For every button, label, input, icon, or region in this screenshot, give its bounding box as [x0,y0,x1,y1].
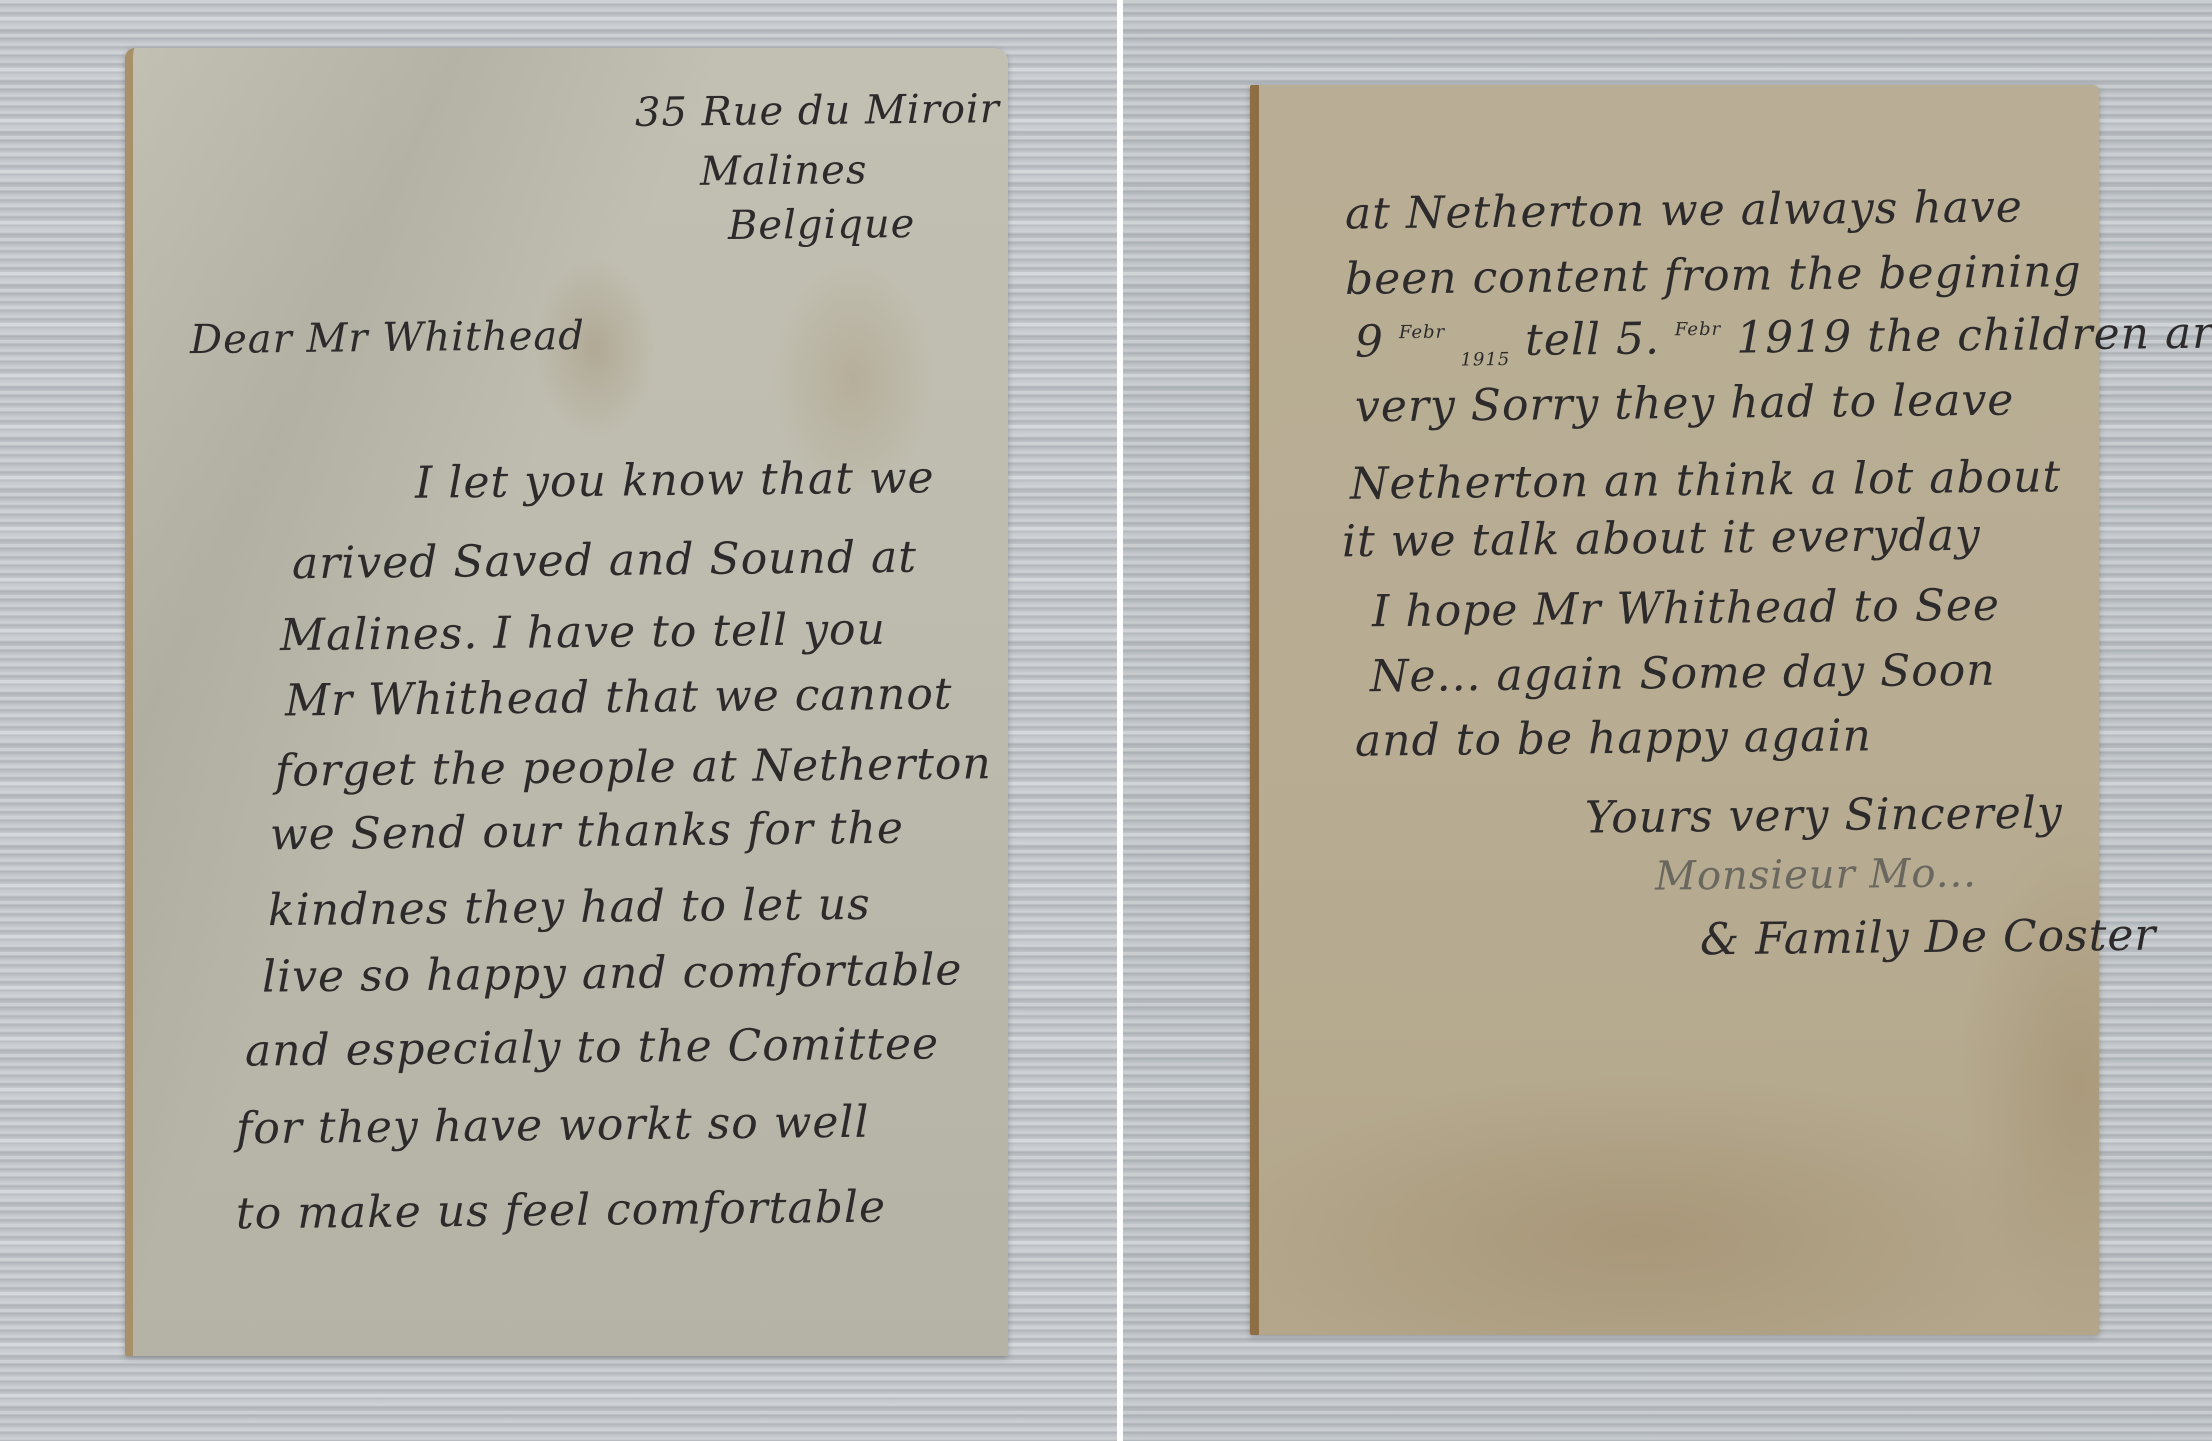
date-until: tell 5. [1525,313,1660,365]
body-line: live so happy and comfortable [262,944,963,1002]
body-line: and especialy to the Comittee [245,1018,940,1076]
signature-faint: Monsieur Mo... [1655,850,1977,899]
body-line: to make us feel comfortable [236,1182,886,1240]
body-line: we Send our thanks for the [270,803,904,861]
date-line: 9 Febr 1915 tell 5. Febr 1919 the childr… [1355,307,2212,367]
body-line: Malines. I have to tell you [280,604,886,661]
address-line-2: Malines [700,147,868,195]
body-line: kindnes they had to let us [268,879,871,936]
body-line: it we talk about it everyday [1342,510,1981,568]
body-line: Netherton an think a lot about [1350,451,2062,509]
date-rest: 1919 the children are [1736,307,2212,363]
date-month-sup-2: Febr [1675,319,1722,340]
body-line: very Sorry they had to leave [1355,375,2015,433]
body-line: I hope Mr Whithead to See [1372,580,2000,638]
body-line: and to be happy again [1355,710,1872,766]
body-line: Mr Whithead that we cannot [285,669,953,727]
salutation: Dear Mr Whithead [190,313,585,363]
address-line-1: 35 Rue du Miroir [635,86,1000,136]
date-month-sup: Febr [1399,322,1446,343]
body-line: been content from the begining [1345,246,2082,305]
closing: Yours very Sincerely [1585,788,2063,844]
body-line: arived Saved and Sound at [292,532,917,590]
date-year-sub: 1915 [1460,349,1510,371]
body-line: I let you know that we [415,452,935,508]
date-day: 9 [1355,316,1385,367]
body-line: Ne... again Some day Soon [1370,645,1996,703]
signature: & Family De Coster [1700,910,2157,966]
body-line: for they have workt so well [236,1097,870,1155]
body-line: forget the people at Netherton [275,738,992,797]
address-line-3: Belgique [728,201,916,249]
body-line: at Netherton we always have [1345,181,2023,239]
